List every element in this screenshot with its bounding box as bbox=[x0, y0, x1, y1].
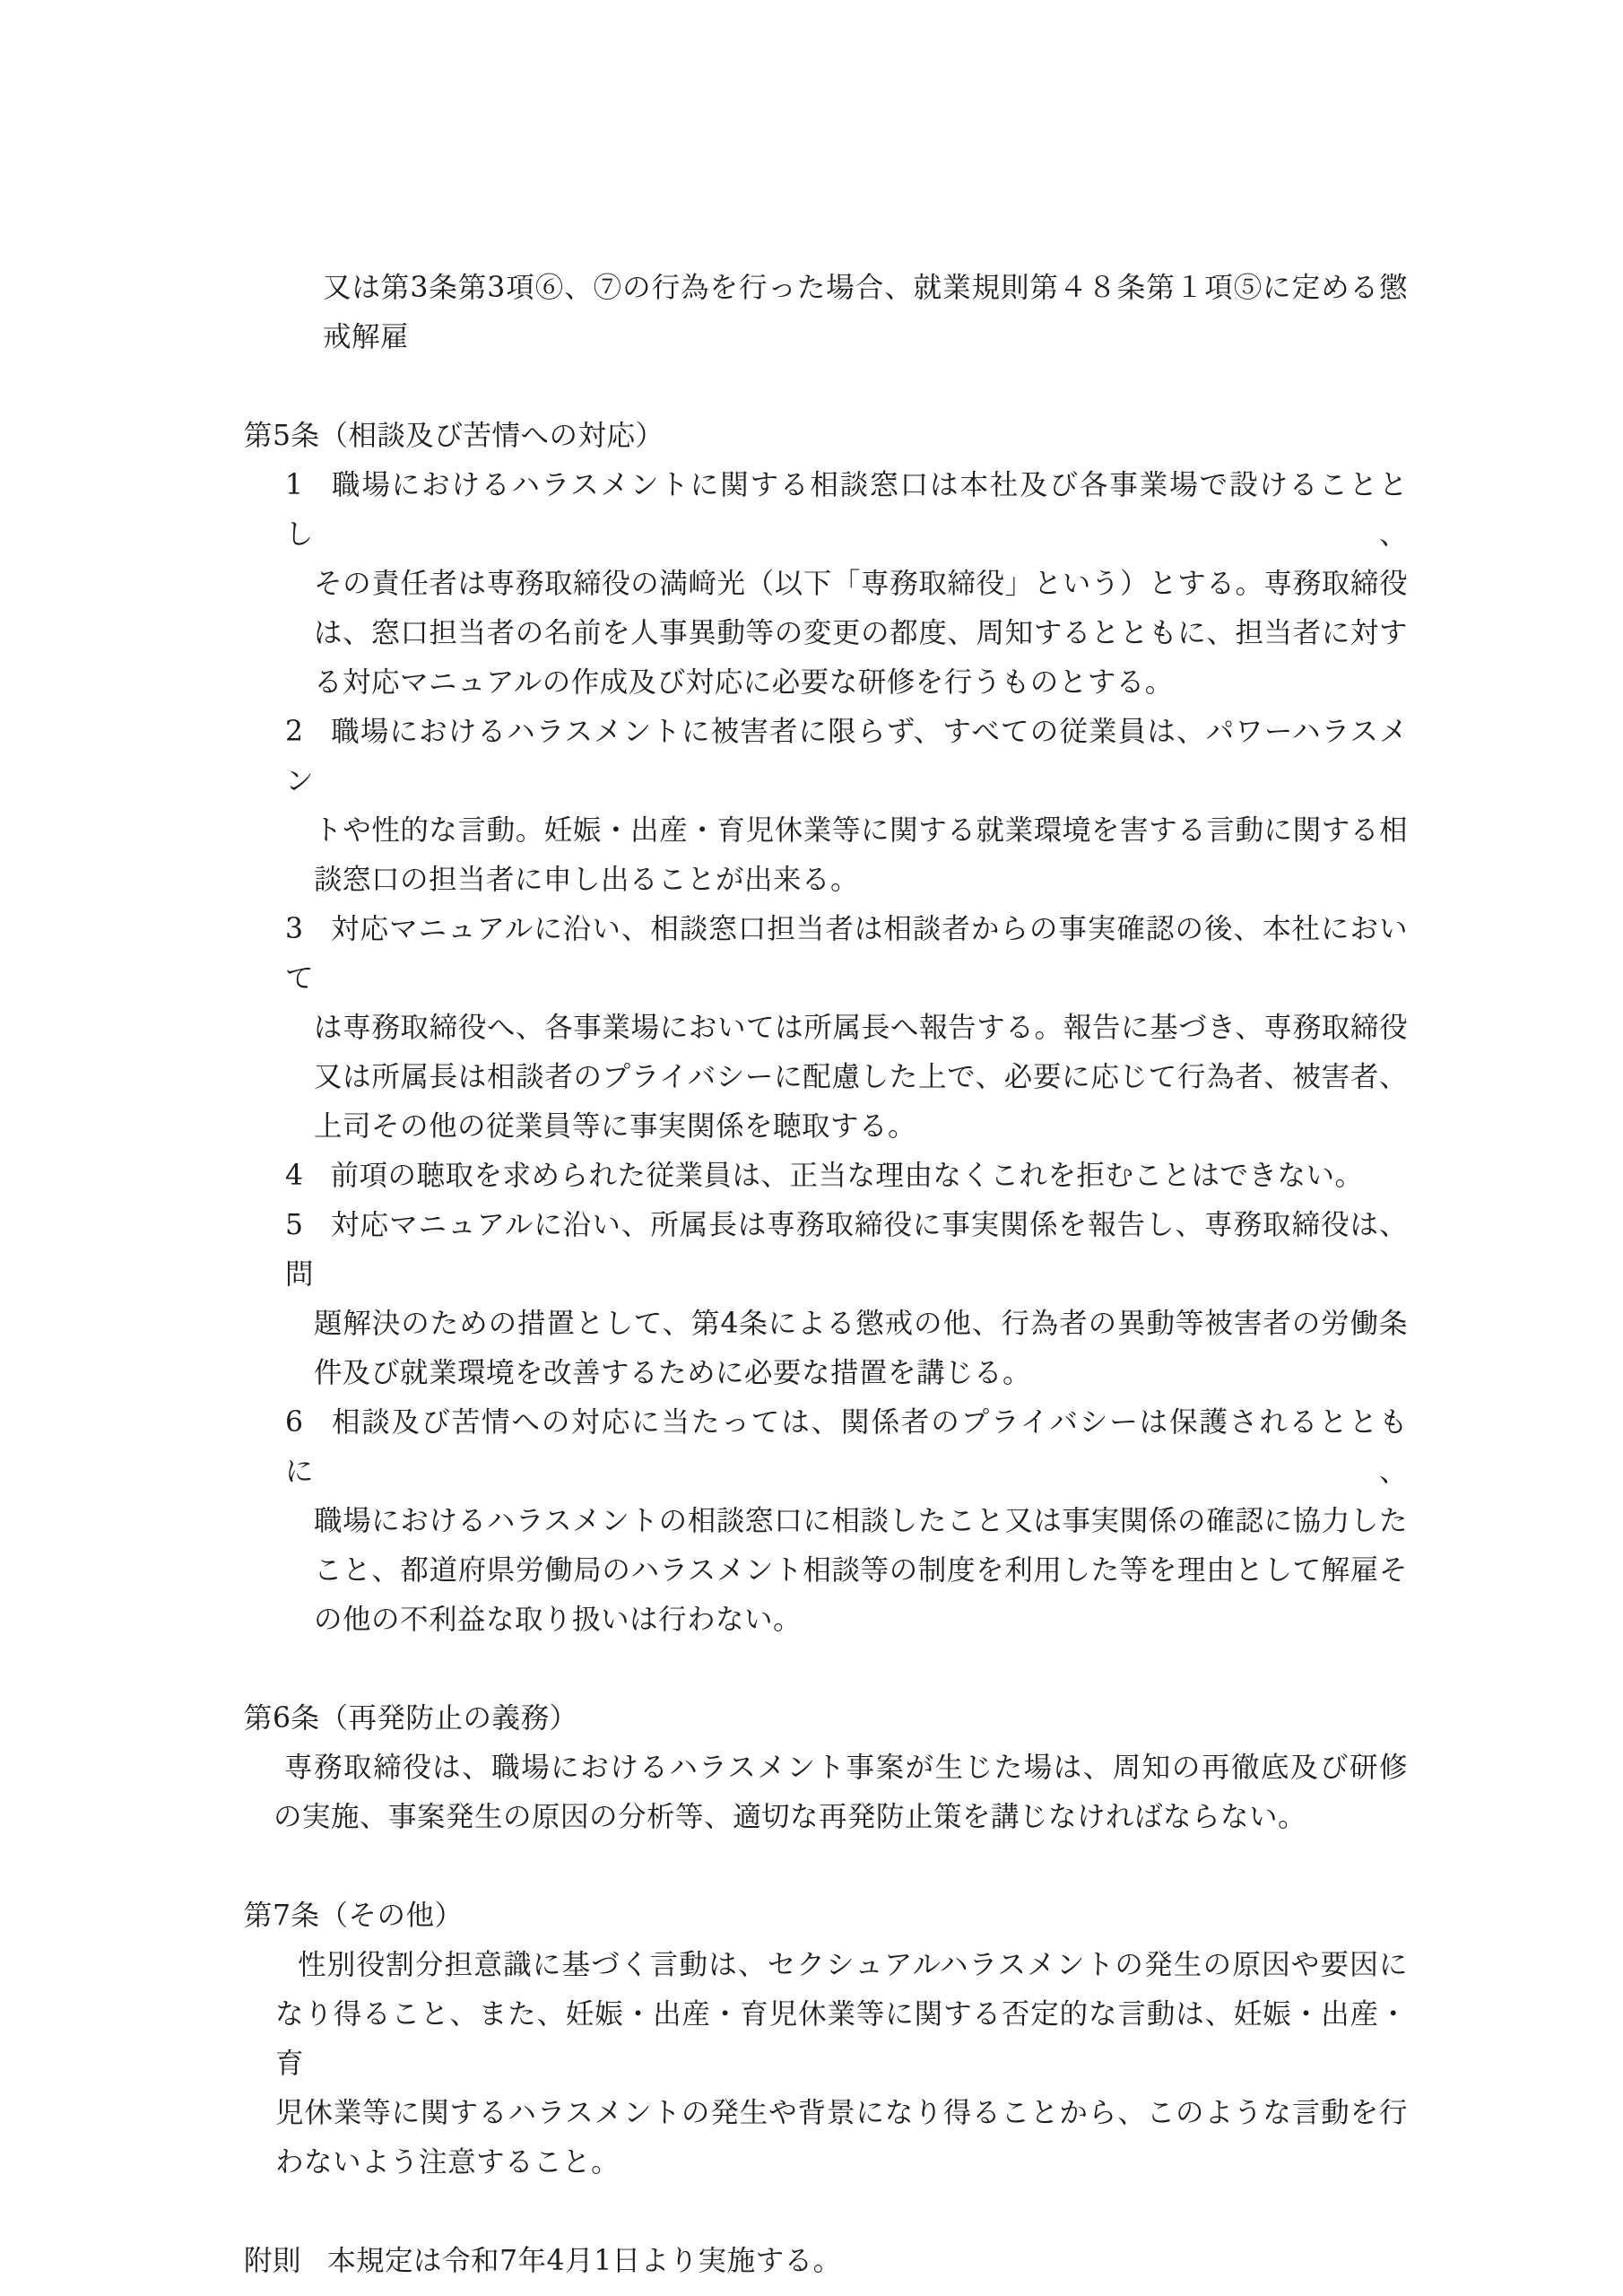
article-7-line: 性別役割分担意識に基づく言動は、セクシュアルハラスメントの発生の原因や要因に bbox=[298, 1941, 1408, 1990]
article-6-heading: 第6条（再発防止の義務） bbox=[244, 1694, 1408, 1744]
item-line: トや性的な言動。妊娠・出産・育児休業等に関する就業環境を害する言動に関する相 bbox=[314, 806, 1408, 856]
item-number: 5 bbox=[285, 1209, 304, 1241]
item-line: 4前項の聴取を求められた従業員は、正当な理由なくこれを拒むことはできない。 bbox=[285, 1152, 1408, 1201]
item-text: 職場におけるハラスメントに被害者に限らず、すべての従業員は、パワーハラスメン bbox=[285, 716, 1408, 797]
item-text: 職場におけるハラスメントに関する相談窓口は本社及び各事業場で設けることとし、 bbox=[285, 469, 1408, 551]
document-page: 又は第3条第3項⑥、⑦の行為を行った場合、就業規則第４８条第１項⑤に定める懲 戒… bbox=[0, 0, 1623, 2296]
item-number: 3 bbox=[285, 913, 304, 945]
item-line: は専務取締役へ、各事業場においては所属長へ報告する。報告に基づき、専務取締役 bbox=[314, 1004, 1408, 1053]
article-6-line: 専務取締役は、職場におけるハラスメント事案が生じた場は、周知の再徹底及び研修 bbox=[284, 1744, 1408, 1793]
article-5-item-2: 2職場におけるハラスメントに被害者に限らず、すべての従業員は、パワーハラスメン … bbox=[244, 708, 1408, 905]
article-5-item-1: 1職場におけるハラスメントに関する相談窓口は本社及び各事業場で設けることとし、 … bbox=[244, 461, 1408, 708]
item-line: 題解決のための措置として、第4条による懲戒の他、行為者の異動等被害者の労働条 bbox=[314, 1300, 1408, 1349]
article-5-item-6: 6相談及び苦情への対応に当たっては、関係者のプライバシーは保護されるとともに、 … bbox=[244, 1398, 1408, 1645]
article-5-item-5: 5対応マニュアルに沿い、所属長は専務取締役に事実関係を報告し、専務取締役は、問 … bbox=[244, 1201, 1408, 1398]
item-line: 上司その他の従業員等に事実関係を聴取する。 bbox=[314, 1102, 1408, 1152]
item-line: 2職場におけるハラスメントに被害者に限らず、すべての従業員は、パワーハラスメン bbox=[285, 708, 1408, 806]
item-line: 又は所属長は相談者のプライバシーに配慮した上で、必要に応じて行為者、被害者、 bbox=[314, 1053, 1408, 1102]
appendix-line: 附則本規定は令和7年4月1日より実施する。 bbox=[244, 2237, 1408, 2286]
item-text: 対応マニュアルに沿い、相談窓口担当者は相談者からの事実確認の後、本社において bbox=[285, 913, 1408, 995]
item-text: 相談及び苦情への対応に当たっては、関係者のプライバシーは保護されるとともに、 bbox=[285, 1406, 1408, 1488]
item-line: 1職場におけるハラスメントに関する相談窓口は本社及び各事業場で設けることとし、 bbox=[285, 461, 1408, 560]
carryover-paragraph: 又は第3条第3項⑥、⑦の行為を行った場合、就業規則第４８条第１項⑤に定める懲 戒… bbox=[244, 264, 1408, 362]
article-6-line: の実施、事案発生の原因の分析等、適切な再発防止策を講じなければならない。 bbox=[273, 1793, 1408, 1842]
article-5-heading: 第5条（相談及び苦情への対応） bbox=[244, 412, 1408, 461]
item-line: その責任者は専務取締役の満﨑光（以下「専務取締役」という）とする。専務取締役 bbox=[314, 560, 1408, 609]
item-number: 2 bbox=[285, 716, 304, 748]
item-line: こと、都道府県労働局のハラスメント相談等の制度を利用した等を理由として解雇そ bbox=[314, 1546, 1408, 1596]
appendix-text: 本規定は令和7年4月1日より実施する。 bbox=[327, 2245, 842, 2277]
item-line: 職場におけるハラスメントの相談窓口に相談したこと又は事実関係の確認に協力した bbox=[314, 1497, 1408, 1546]
item-line: 3対応マニュアルに沿い、相談窓口担当者は相談者からの事実確認の後、本社において bbox=[285, 905, 1408, 1004]
article-7: 第7条（その他） 性別役割分担意識に基づく言動は、セクシュアルハラスメントの発生… bbox=[244, 1892, 1408, 2187]
item-text: 前項の聴取を求められた従業員は、正当な理由なくこれを拒むことはできない。 bbox=[331, 1160, 1364, 1192]
article-7-line: 児休業等に関するハラスメントの発生や背景になり得ることから、このような言動を行 bbox=[275, 2089, 1408, 2138]
item-text: 対応マニュアルに沿い、所属長は専務取締役に事実関係を報告し、専務取締役は、問 bbox=[285, 1209, 1408, 1291]
document-body: 又は第3条第3項⑥、⑦の行為を行った場合、就業規則第４８条第１項⑤に定める懲 戒… bbox=[0, 0, 1623, 2286]
item-line: の他の不利益な取り扱いは行わない。 bbox=[314, 1596, 1408, 1645]
item-line: 件及び就業環境を改善するために必要な措置を講じる。 bbox=[314, 1349, 1408, 1398]
article-5-item-3: 3対応マニュアルに沿い、相談窓口担当者は相談者からの事実確認の後、本社において … bbox=[244, 905, 1408, 1152]
item-line: 5対応マニュアルに沿い、所属長は専務取締役に事実関係を報告し、専務取締役は、問 bbox=[285, 1201, 1408, 1300]
article-6: 第6条（再発防止の義務） 専務取締役は、職場におけるハラスメント事案が生じた場は… bbox=[244, 1694, 1408, 1842]
appendix: 附則本規定は令和7年4月1日より実施する。 bbox=[244, 2237, 1408, 2286]
article-7-heading: 第7条（その他） bbox=[244, 1892, 1408, 1941]
article-7-line: わないよう注意すること。 bbox=[275, 2138, 1408, 2187]
item-line: 6相談及び苦情への対応に当たっては、関係者のプライバシーは保護されるとともに、 bbox=[285, 1398, 1408, 1497]
carryover-line: 又は第3条第3項⑥、⑦の行為を行った場合、就業規則第４８条第１項⑤に定める懲 bbox=[323, 264, 1408, 313]
appendix-label: 附則 bbox=[244, 2245, 301, 2277]
article-5: 第5条（相談及び苦情への対応） 1職場におけるハラスメントに関する相談窓口は本社… bbox=[244, 412, 1408, 1645]
item-number: 4 bbox=[285, 1160, 304, 1192]
carryover-line: 戒解雇 bbox=[323, 313, 1408, 362]
article-7-line: なり得ること、また、妊娠・出産・育児休業等に関する否定的な言動は、妊娠・出産・育 bbox=[275, 1990, 1408, 2089]
item-line: る対応マニュアルの作成及び対応に必要な研修を行うものとする。 bbox=[314, 658, 1408, 708]
item-line: 談窓口の担当者に申し出ることが出来る。 bbox=[314, 856, 1408, 905]
item-number: 1 bbox=[285, 469, 304, 501]
article-5-item-4: 4前項の聴取を求められた従業員は、正当な理由なくこれを拒むことはできない。 bbox=[244, 1152, 1408, 1201]
item-line: は、窓口担当者の名前を人事異動等の変更の都度、周知するとともに、担当者に対す bbox=[314, 609, 1408, 658]
item-number: 6 bbox=[285, 1406, 304, 1439]
